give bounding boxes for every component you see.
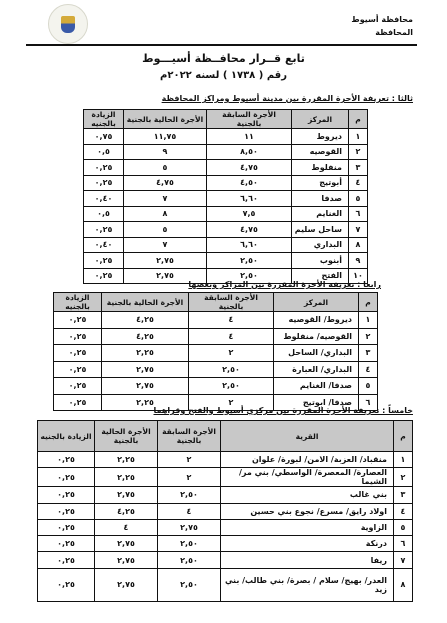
current-fare: ٤,٢٥: [102, 312, 189, 329]
row-index: ٢: [394, 468, 413, 487]
increase: ٠,٤٠: [84, 191, 124, 207]
previous-fare: ٤: [189, 328, 274, 345]
col-increase: الزيادة بالجنيه: [84, 110, 124, 129]
table-row: ٢القوصيه/ منفلوط٤٤,٢٥٠,٢٥: [54, 328, 378, 345]
table-row: ٢العصارة/ المعصرة/ الواسطي/ بني مر/ الشي…: [38, 468, 413, 487]
current-fare: ٢,٧٥: [102, 361, 189, 378]
current-fare: ٥: [124, 222, 207, 238]
previous-fare: ٢,٥٠: [189, 361, 274, 378]
row-index: ٩: [349, 253, 368, 269]
increase: ٠,٢٥: [84, 175, 124, 191]
increase: ٠,٢٥: [38, 552, 95, 568]
table-row: ٤اولاد رايق/ مسرع/ نجوع بني حسين٤٤,٢٥٠,٢…: [38, 503, 413, 519]
previous-fare: ٢,٥٠: [158, 568, 221, 601]
current-fare: ٢,٧٥: [95, 568, 158, 601]
previous-fare: ٤,٧٥: [207, 222, 292, 238]
decree-number: رقم ( ١٧٣٨ ) لسنه ٢٠٢٢م: [0, 70, 447, 81]
row-name: منفلوط: [292, 160, 349, 176]
table-row: ٦درنكة٢,٥٠٢,٧٥٠,٢٥: [38, 536, 413, 552]
table-row: ٤أبوتيج٤,٥٠٤,٧٥٠,٢٥: [84, 175, 368, 191]
header-divider: [26, 44, 417, 46]
section5-heading: خامساً : تعريفة الأجرة المقررة بين مركزي…: [154, 406, 414, 415]
previous-fare: ٢: [158, 468, 221, 487]
row-index: ٣: [394, 487, 413, 503]
section4-heading: رابعا : تعريفة الأجرة المقررة بين المراك…: [188, 280, 381, 289]
increase: ٠,٤٠: [84, 237, 124, 253]
table-row: ٧ريفا٢,٥٠٢,٧٥٠,٢٥: [38, 552, 413, 568]
row-index: ٣: [359, 345, 378, 362]
previous-fare: ٢: [158, 452, 221, 468]
previous-fare: ٨,٥٠: [207, 144, 292, 160]
row-name: القوصيه: [292, 144, 349, 160]
increase: ٠,٢٥: [38, 503, 95, 519]
increase: ٠,٢٥: [54, 394, 102, 411]
row-name: بني غالب: [221, 487, 394, 503]
row-index: ٨: [394, 568, 413, 601]
increase: ٠,٢٥: [84, 160, 124, 176]
row-name: الزاوية: [221, 519, 394, 535]
row-name: البداري/ الساحل: [274, 345, 359, 362]
current-fare: ٤,٢٥: [95, 503, 158, 519]
increase: ٠,٢٥: [38, 487, 95, 503]
previous-fare: ٦,٦٠: [207, 237, 292, 253]
previous-fare: ٢,٥٠: [158, 552, 221, 568]
row-name: العدر/ بهيج/ سلام / بصرة/ بني طالب/ بني …: [221, 568, 394, 601]
current-fare: ٤: [95, 519, 158, 535]
increase: ٠,٥: [84, 144, 124, 160]
table-row: ١ديروط١١١١,٧٥٠,٧٥: [84, 129, 368, 145]
increase: ٠,٢٥: [84, 253, 124, 269]
row-index: ٤: [349, 175, 368, 191]
current-fare: ٤,٢٥: [102, 328, 189, 345]
previous-fare: ٦,٦٠: [207, 191, 292, 207]
previous-fare: ٧,٥: [207, 206, 292, 222]
previous-fare: ٤,٥٠: [207, 175, 292, 191]
current-fare: ٢,٢٥: [95, 468, 158, 487]
row-index: ١: [349, 129, 368, 145]
col-previous-fare: الأجرة السابقة بالجنية: [207, 110, 292, 129]
increase: ٠,٢٥: [54, 378, 102, 395]
row-name: ديروط/ القوصيه: [274, 312, 359, 329]
row-name: درنكة: [221, 536, 394, 552]
increase: ٠,٥: [84, 206, 124, 222]
row-name: ديروط: [292, 129, 349, 145]
document-title: تابع قــرار محافــظة أسيـــوط: [0, 52, 447, 65]
table-section4: م المركز الأجرة السابقة بالجنية الأجرة ا…: [53, 292, 378, 411]
row-index: ٥: [359, 378, 378, 395]
table-header: م المركز الأجرة السابقة بالجنية الأجرة ا…: [84, 110, 368, 129]
row-name: الغنايم: [292, 206, 349, 222]
previous-fare: ٤,٧٥: [207, 160, 292, 176]
table-row: ١منقباد/ العزبة/ الامن/ لبورة/ علوان٢٢,٢…: [38, 452, 413, 468]
increase: ٠,٢٥: [38, 468, 95, 487]
table-row: ٤البداري/ العبارة٢,٥٠٢,٧٥٠,٢٥: [54, 361, 378, 378]
previous-fare: ٢,٥٠: [158, 536, 221, 552]
col-index: م: [359, 293, 378, 312]
row-name: منقباد/ العزبة/ الامن/ لبورة/ علوان: [221, 452, 394, 468]
row-name: البداري: [292, 237, 349, 253]
col-previous-fare: الأجرة السابقة بالجنية: [158, 421, 221, 452]
emblem-icon: [48, 4, 88, 44]
row-index: ٦: [349, 206, 368, 222]
row-index: ٧: [394, 552, 413, 568]
governorate-name: محافظة أسيوط: [351, 13, 413, 26]
current-fare: ٨: [124, 206, 207, 222]
current-fare: ٢,٧٥: [95, 536, 158, 552]
previous-fare: ٢,٥٠: [207, 253, 292, 269]
increase: ٠,٢٥: [54, 312, 102, 329]
row-index: ٥: [394, 519, 413, 535]
current-fare: ٢,٧٥: [102, 378, 189, 395]
row-name: القوصيه/ منفلوط: [274, 328, 359, 345]
table-row: ٨البداري٦,٦٠٧٠,٤٠: [84, 237, 368, 253]
row-name: العصارة/ المعصرة/ الواسطي/ بني مر/ الشيم…: [221, 468, 394, 487]
col-current-fare: الأجرة الحالية بالجنية: [95, 421, 158, 452]
increase: ٠,٢٥: [84, 268, 124, 284]
table-row: ٣البداري/ الساحل٢٢,٢٥٠,٢٥: [54, 345, 378, 362]
row-name: صدفا: [292, 191, 349, 207]
row-name: ساحل سليم: [292, 222, 349, 238]
increase: ٠,٢٥: [54, 361, 102, 378]
previous-fare: ٢,٥٠: [189, 378, 274, 395]
current-fare: ٥: [124, 160, 207, 176]
increase: ٠,٢٥: [54, 345, 102, 362]
table-row: ٢القوصيه٨,٥٠٩٠,٥: [84, 144, 368, 160]
row-index: ٥: [349, 191, 368, 207]
current-fare: ٢,٧٥: [95, 552, 158, 568]
previous-fare: ٢,٧٥: [158, 519, 221, 535]
row-index: ٢: [349, 144, 368, 160]
col-index: م: [349, 110, 368, 129]
col-current-fare: الأجرة الحالية بالجنية: [124, 110, 207, 129]
governorate-subtitle: المحافظة: [351, 26, 413, 39]
increase: ٠,٢٥: [38, 568, 95, 601]
previous-fare: ٤: [189, 312, 274, 329]
row-index: ٣: [349, 160, 368, 176]
table-row: ٥صدفا٦,٦٠٧٠,٤٠: [84, 191, 368, 207]
table-header: م القرية الأجرة السابقة بالجنية الأجرة ا…: [38, 421, 413, 452]
increase: ٠,٢٥: [38, 536, 95, 552]
row-index: ١: [394, 452, 413, 468]
row-name: صدفا/ الغنايم: [274, 378, 359, 395]
row-index: ٤: [394, 503, 413, 519]
current-fare: ٢,٢٥: [102, 345, 189, 362]
col-increase: الزيادة بالجنيه: [54, 293, 102, 312]
governorate-header: محافظة أسيوط المحافظة: [351, 13, 413, 39]
table-header: م المركز الأجرة السابقة بالجنية الأجرة ا…: [54, 293, 378, 312]
row-name: أبوتيج: [292, 175, 349, 191]
row-name: اولاد رايق/ مسرع/ نجوع بني حسين: [221, 503, 394, 519]
current-fare: ٩: [124, 144, 207, 160]
section3-heading: ثالثا : تعريفة الأجرة المقررة بين مدينة …: [162, 94, 413, 103]
row-index: ٨: [349, 237, 368, 253]
row-name: ريفا: [221, 552, 394, 568]
current-fare: ٧: [124, 191, 207, 207]
table-row: ٨العدر/ بهيج/ سلام / بصرة/ بني طالب/ بني…: [38, 568, 413, 601]
table-row: ١ديروط/ القوصيه٤٤,٢٥٠,٢٥: [54, 312, 378, 329]
current-fare: ٤,٧٥: [124, 175, 207, 191]
previous-fare: ٢,٥٠: [158, 487, 221, 503]
row-name: أبنوب: [292, 253, 349, 269]
current-fare: ٧: [124, 237, 207, 253]
previous-fare: ٢: [189, 345, 274, 362]
col-village: القرية: [221, 421, 394, 452]
increase: ٠,٢٥: [84, 222, 124, 238]
table-row: ٧ساحل سليم٤,٧٥٥٠,٢٥: [84, 222, 368, 238]
row-name: البداري/ العبارة: [274, 361, 359, 378]
current-fare: ٢,٧٥: [124, 253, 207, 269]
col-previous-fare: الأجرة السابقة بالجنية: [189, 293, 274, 312]
row-index: ٢: [359, 328, 378, 345]
col-current-fare: الأجرة الحالية بالجنية: [102, 293, 189, 312]
table-row: ٣بني غالب٢,٥٠٢,٧٥٠,٢٥: [38, 487, 413, 503]
table-row: ٥الزاوية٢,٧٥٤٠,٢٥: [38, 519, 413, 535]
previous-fare: ١١: [207, 129, 292, 145]
row-index: ٦: [394, 536, 413, 552]
current-fare: ٢,٢٥: [95, 452, 158, 468]
increase: ٠,٢٥: [54, 328, 102, 345]
table-section5: م القرية الأجرة السابقة بالجنية الأجرة ا…: [37, 420, 413, 602]
table-row: ٥صدفا/ الغنايم٢,٥٠٢,٧٥٠,٢٥: [54, 378, 378, 395]
current-fare: ٢,٧٥: [95, 487, 158, 503]
increase: ٠,٧٥: [84, 129, 124, 145]
increase: ٠,٢٥: [38, 452, 95, 468]
table-row: ٦الغنايم٧,٥٨٠,٥: [84, 206, 368, 222]
col-center: المركز: [274, 293, 359, 312]
row-index: ١: [359, 312, 378, 329]
col-center: المركز: [292, 110, 349, 129]
current-fare: ١١,٧٥: [124, 129, 207, 145]
increase: ٠,٢٥: [38, 519, 95, 535]
previous-fare: ٤: [158, 503, 221, 519]
col-increase: الزيادة بالجنيه: [38, 421, 95, 452]
table-row: ٩أبنوب٢,٥٠٢,٧٥٠,٢٥: [84, 253, 368, 269]
table-row: ٣منفلوط٤,٧٥٥٠,٢٥: [84, 160, 368, 176]
row-index: ٧: [349, 222, 368, 238]
col-index: م: [394, 421, 413, 452]
table-section3: م المركز الأجرة السابقة بالجنية الأجرة ا…: [83, 109, 368, 284]
row-index: ٤: [359, 361, 378, 378]
